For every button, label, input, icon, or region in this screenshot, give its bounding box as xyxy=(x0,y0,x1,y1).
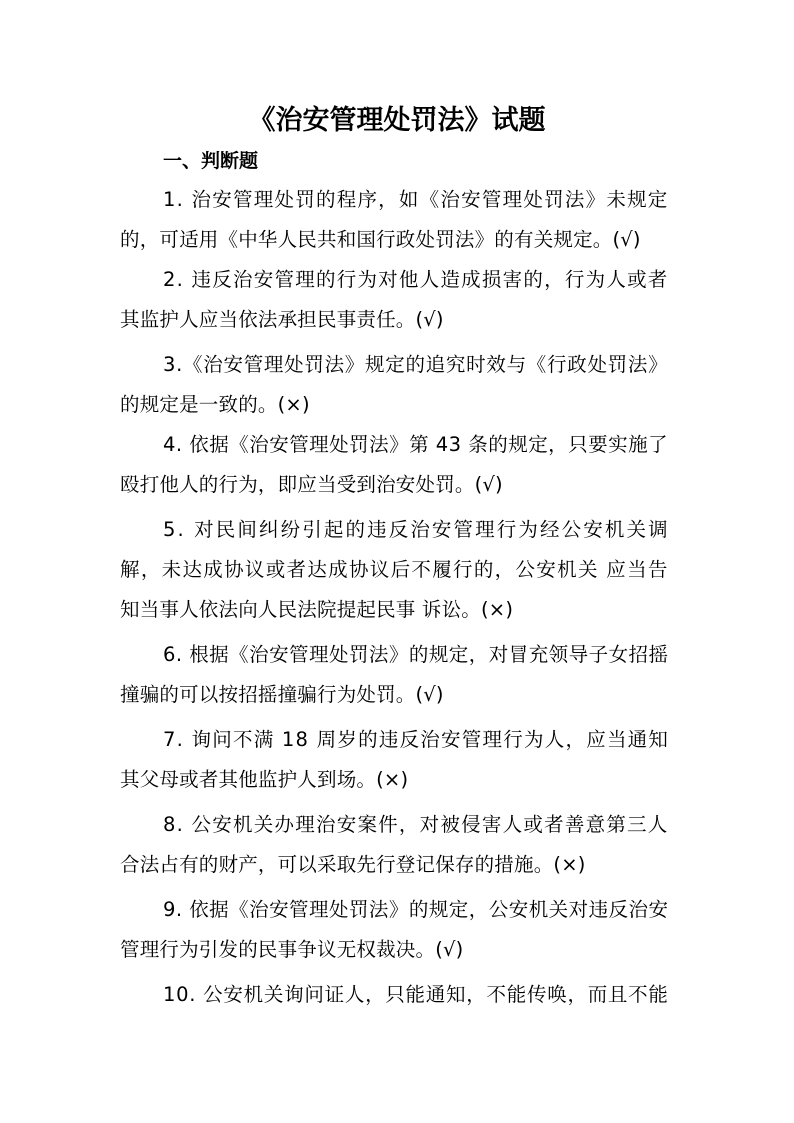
question-continuation-line: 其父母或者其他监护人到场。(×) xyxy=(120,768,408,792)
section-heading-true-false: 一、判断题 xyxy=(163,146,258,173)
question-text-line: 6. 根据《治安管理处罚法》的规定，对冒充领导子女招摇 xyxy=(163,643,668,667)
question-text-line: 10. 公安机关询问证人，只能通知，不能传唤，而且不能 xyxy=(163,983,669,1007)
question-text-line: 2. 违反治安管理的行为对他人造成损害的，行为人或者 xyxy=(163,268,669,292)
question-continuation-line: 的规定是一致的。(×) xyxy=(120,393,310,417)
question-text-line: 8. 公安机关办理治安案件，对被侵害人或者善意第三人 xyxy=(163,813,669,837)
question-continuation-line: 殴打他人的行为，即应当受到治安处罚。(√) xyxy=(120,473,503,497)
question-continuation-line: 合法占有的财产，可以采取先行登记保存的措施。(×) xyxy=(120,853,586,877)
question-continuation-line: 知当事人依法向人民法院提起民事 诉讼。(×) xyxy=(120,598,513,622)
question-continuation-line: 其监护人应当依法承担民事责任。(√) xyxy=(120,308,444,332)
question-text-line: 7. 询问不满 18 周岁的违反治安管理行为人，应当通知 xyxy=(163,728,669,752)
question-continuation-line: 撞骗的可以按招摇撞骗行为处罚。(√) xyxy=(120,683,444,707)
question-continuation-line: 的，可适用《中华人民共和国行政处罚法》的有关规定。(√) xyxy=(120,228,641,252)
question-continuation-line: 管理行为引发的民事争议无权裁决。(√) xyxy=(120,938,463,962)
question-text-line: 3.《治安管理处罚法》规定的追究时效与《行政处罚法》 xyxy=(163,353,668,377)
question-text-line: 5. 对民间纠纷引起的违反治安管理行为经公安机关调 xyxy=(163,518,670,542)
document-title: 《治安管理处罚法》试题 xyxy=(0,98,794,137)
question-text-line: 4. 依据《治安管理处罚法》第 43 条的规定，只要实施了 xyxy=(163,433,668,457)
question-continuation-line: 解，未达成协议或者达成协议后不履行的，公安机关 应当告 xyxy=(120,558,669,582)
question-text-line: 1. 治安管理处罚的程序，如《治安管理处罚法》未规定 xyxy=(163,188,669,212)
document-page: 《治安管理处罚法》试题 一、判断题 1. 治安管理处罚的程序，如《治安管理处罚法… xyxy=(0,0,794,1123)
question-text-line: 9. 依据《治安管理处罚法》的规定，公安机关对违反治安 xyxy=(163,898,668,922)
